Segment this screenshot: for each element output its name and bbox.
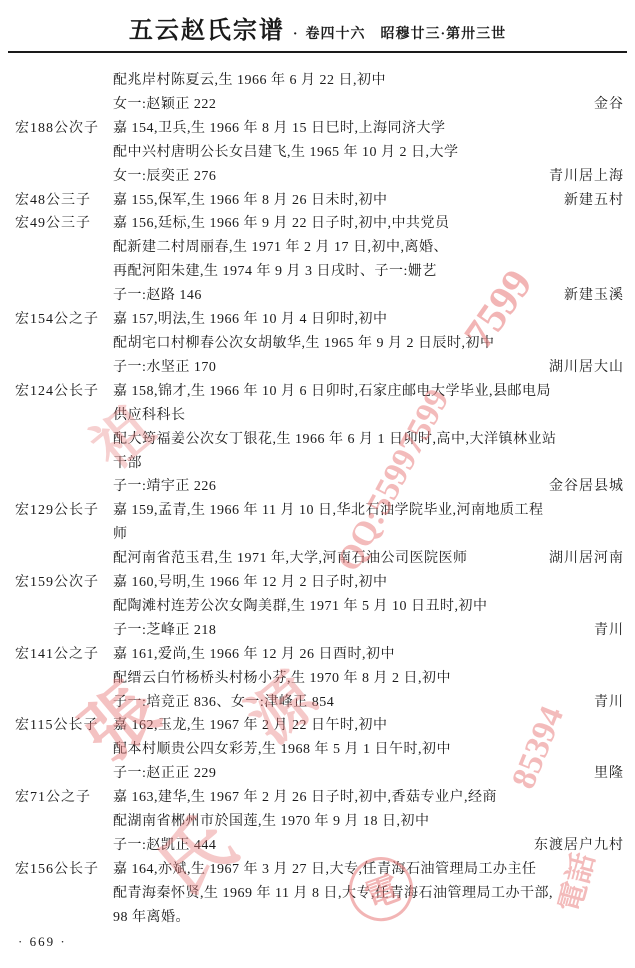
entry-line: 配胡宅口村柳春公次女胡敏华,生 1965 年 9 月 2 日辰时,初中 [113, 332, 624, 356]
entry-line: 嘉 162,玉龙,生 1967 年 2 月 22 日午时,初中 [113, 714, 624, 738]
entry-line: 再配河阳朱建,生 1974 年 9 月 3 日戌时、子一:姗艺 [113, 260, 624, 284]
genealogy-entry: 宏188公次子嘉 154,卫兵,生 1966 年 8 月 15 日巳时,上海同济… [0, 117, 635, 189]
generation-label: 宏188公次子 [0, 117, 113, 141]
genealogy-entry: 配兆岸村陈夏云,生 1966 年 6 月 22 日,初中女一:赵颖正 222金谷 [0, 69, 635, 117]
entry-text: 配兆岸村陈夏云,生 1966 年 6 月 22 日,初中 [113, 69, 386, 93]
entry-line: 子一:水坚正 170湖川居大山 [113, 356, 624, 380]
genealogy-entry: 宏154公之子嘉 157,明法,生 1966 年 10 月 4 日卯时,初中配胡… [0, 308, 635, 380]
genealogy-page: 五云赵氏宗谱 · 卷四十六 昭穆廿三·第卅三世 配兆岸村陈夏云,生 1966 年… [0, 0, 635, 968]
entry-line: 配青海秦怀贤,生 1969 年 11 月 8 日,大专,任青海石油管理局工办干部… [113, 882, 624, 906]
entry-text: 嘉 156,廷标,生 1966 年 9 月 22 日子时,初中,中共党员 [113, 212, 450, 236]
entry-line: 嘉 155,保军,生 1966 年 8 月 26 日未时,初中新建五村 [113, 189, 624, 213]
entry-line: 嘉 159,孟青,生 1966 年 11 月 10 日,华北石油学院毕业,河南地… [113, 499, 624, 523]
entry-text: 嘉 161,爱尚,生 1966 年 12 月 26 日酉时,初中 [113, 643, 395, 667]
entry-text: 供应科科长 [113, 404, 186, 428]
title-separator: · [293, 27, 298, 42]
entry-line: 配缙云白竹杨桥头村杨小芬,生 1970 年 8 月 2 日,初中 [113, 667, 624, 691]
entry-line: 子一:赵路 146新建玉溪 [113, 284, 624, 308]
genealogy-entry: 宏159公次子嘉 160,号明,生 1966 年 12 月 2 日子时,初中配陶… [0, 571, 635, 643]
generation-label: 宏71公之子 [0, 786, 113, 810]
residence-note: 青川 [594, 619, 624, 643]
entry-text: 师 [113, 523, 128, 547]
entries-list: 配兆岸村陈夏云,生 1966 年 6 月 22 日,初中女一:赵颖正 222金谷… [0, 53, 635, 930]
entry-line: 嘉 160,号明,生 1966 年 12 月 2 日子时,初中 [113, 571, 624, 595]
entry-text: 子一:赵路 146 [113, 284, 202, 308]
genealogy-entry: 宏71公之子嘉 163,建华,生 1967 年 2 月 26 日子时,初中,香菇… [0, 786, 635, 858]
entry-text: 配胡宅口村柳春公次女胡敏华,生 1965 年 9 月 2 日辰时,初中 [113, 332, 495, 356]
generation-label: 宏115公长子 [0, 714, 113, 738]
volume-subtitle: 卷四十六 昭穆廿三·第卅三世 [306, 27, 507, 42]
entry-text: 配新建二村周丽春,生 1971 年 2 月 17 日,初中,离婚、 [113, 236, 448, 260]
entry-text: 嘉 155,保军,生 1966 年 8 月 26 日未时,初中 [113, 189, 388, 213]
entry-line: 女一:辰奕正 276青川居上海 [113, 165, 624, 189]
entry-content: 嘉 157,明法,生 1966 年 10 月 4 日卯时,初中配胡宅口村柳春公次… [113, 308, 635, 380]
entry-line: 嘉 161,爱尚,生 1966 年 12 月 26 日酉时,初中 [113, 643, 624, 667]
residence-note: 青川 [594, 691, 624, 715]
entry-line: 配湖南省郴州市於国莲,生 1970 年 9 月 18 日,初中 [113, 810, 624, 834]
entry-line: 嘉 163,建华,生 1967 年 2 月 26 日子时,初中,香菇专业户,经商 [113, 786, 624, 810]
entry-content: 嘉 162,玉龙,生 1967 年 2 月 22 日午时,初中配本村顺贵公四女彩… [113, 714, 635, 786]
generation-label: 宏129公长子 [0, 499, 113, 523]
genealogy-entry: 宏48公三子嘉 155,保军,生 1966 年 8 月 26 日未时,初中新建五… [0, 189, 635, 213]
entry-text: 子一:芝峰正 218 [113, 619, 216, 643]
entry-text: 子一:培竞正 836、女一:津峰正 854 [113, 691, 334, 715]
entry-line: 嘉 157,明法,生 1966 年 10 月 4 日卯时,初中 [113, 308, 624, 332]
entry-text: 配青海秦怀贤,生 1969 年 11 月 8 日,大专,任青海石油管理局工办干部… [113, 882, 553, 906]
entry-text: 嘉 164,亦斌,生 1967 年 3 月 27 日,大专,任青海石油管理局工办… [113, 858, 537, 882]
generation-label: 宏49公三子 [0, 212, 113, 236]
entry-line: 配大筠福姜公次女丁银花,生 1966 年 6 月 1 日卯时,高中,大洋镇林业站 [113, 428, 624, 452]
entry-text: 配河南省范玉君,生 1971 年,大学,河南石油公司医院医师 [113, 547, 468, 571]
residence-note: 湖川居大山 [549, 356, 624, 380]
entry-text: 配大筠福姜公次女丁银花,生 1966 年 6 月 1 日卯时,高中,大洋镇林业站 [113, 428, 557, 452]
entry-text: 配陶滩村连芳公次女陶美群,生 1971 年 5 月 10 日丑时,初中 [113, 595, 488, 619]
residence-note: 新建五村 [564, 189, 624, 213]
residence-note: 湖川居河南 [549, 547, 624, 571]
residence-note: 里隆 [594, 762, 624, 786]
entry-line: 子一:赵凯正 444东渡居户九村 [113, 834, 624, 858]
entry-line: 配河南省范玉君,生 1971 年,大学,河南石油公司医院医师湖川居河南 [113, 547, 624, 571]
entry-content: 嘉 158,锦才,生 1966 年 10 月 6 日卯时,石家庄邮电大学毕业,县… [113, 380, 635, 500]
generation-label: 宏141公之子 [0, 643, 113, 667]
page-number: · 669 · [18, 934, 67, 949]
entry-line: 98 年离婚。 [113, 906, 624, 930]
entry-text: 嘉 160,号明,生 1966 年 12 月 2 日子时,初中 [113, 571, 388, 595]
entry-content: 嘉 156,廷标,生 1966 年 9 月 22 日子时,初中,中共党员配新建二… [113, 212, 635, 308]
genealogy-entry: 宏115公长子嘉 162,玉龙,生 1967 年 2 月 22 日午时,初中配本… [0, 714, 635, 786]
entry-text: 干部 [113, 452, 142, 476]
entry-text: 嘉 154,卫兵,生 1966 年 8 月 15 日巳时,上海同济大学 [113, 117, 446, 141]
entry-text: 子一:水坚正 170 [113, 356, 216, 380]
entry-content: 配兆岸村陈夏云,生 1966 年 6 月 22 日,初中女一:赵颖正 222金谷 [113, 69, 635, 117]
entry-content: 嘉 159,孟青,生 1966 年 11 月 10 日,华北石油学院毕业,河南地… [113, 499, 635, 571]
entry-line: 子一:靖宇正 226金谷居县城 [113, 475, 624, 499]
entry-line: 配兆岸村陈夏云,生 1966 年 6 月 22 日,初中 [113, 69, 624, 93]
entry-line: 配中兴村唐明公长女吕建飞,生 1965 年 10 月 2 日,大学 [113, 141, 624, 165]
entry-text: 配本村顺贵公四女彩芳,生 1968 年 5 月 1 日午时,初中 [113, 738, 451, 762]
entry-line: 子一:培竞正 836、女一:津峰正 854青川 [113, 691, 624, 715]
entry-line: 配陶滩村连芳公次女陶美群,生 1971 年 5 月 10 日丑时,初中 [113, 595, 624, 619]
residence-note: 东渡居户九村 [534, 834, 624, 858]
page-header: 五云赵氏宗谱 · 卷四十六 昭穆廿三·第卅三世 [0, 0, 635, 45]
page-footer: · 669 · [18, 934, 67, 950]
entry-text: 子一:赵凯正 444 [113, 834, 216, 858]
entry-text: 嘉 163,建华,生 1967 年 2 月 26 日子时,初中,香菇专业户,经商 [113, 786, 497, 810]
entry-line: 配新建二村周丽春,生 1971 年 2 月 17 日,初中,离婚、 [113, 236, 624, 260]
generation-label: 宏156公长子 [0, 858, 113, 882]
residence-note: 金谷 [594, 93, 624, 117]
entry-line: 子一:赵正正 229里隆 [113, 762, 624, 786]
entry-text: 配缙云白竹杨桥头村杨小芬,生 1970 年 8 月 2 日,初中 [113, 667, 451, 691]
entry-line: 子一:芝峰正 218青川 [113, 619, 624, 643]
entry-text: 嘉 162,玉龙,生 1967 年 2 月 22 日午时,初中 [113, 714, 388, 738]
generation-label: 宏48公三子 [0, 189, 113, 213]
entry-line: 嘉 158,锦才,生 1966 年 10 月 6 日卯时,石家庄邮电大学毕业,县… [113, 380, 624, 404]
entry-line: 嘉 156,廷标,生 1966 年 9 月 22 日子时,初中,中共党员 [113, 212, 624, 236]
entry-text: 配中兴村唐明公长女吕建飞,生 1965 年 10 月 2 日,大学 [113, 141, 459, 165]
entry-line: 干部 [113, 452, 624, 476]
entry-text: 嘉 158,锦才,生 1966 年 10 月 6 日卯时,石家庄邮电大学毕业,县… [113, 380, 551, 404]
book-title: 五云赵氏宗谱 [129, 18, 285, 44]
generation-label: 宏154公之子 [0, 308, 113, 332]
entry-line: 嘉 154,卫兵,生 1966 年 8 月 15 日巳时,上海同济大学 [113, 117, 624, 141]
entry-content: 嘉 154,卫兵,生 1966 年 8 月 15 日巳时,上海同济大学配中兴村唐… [113, 117, 635, 189]
entry-text: 嘉 159,孟青,生 1966 年 11 月 10 日,华北石油学院毕业,河南地… [113, 499, 543, 523]
genealogy-entry: 宏49公三子嘉 156,廷标,生 1966 年 9 月 22 日子时,初中,中共… [0, 212, 635, 308]
entry-content: 嘉 164,亦斌,生 1967 年 3 月 27 日,大专,任青海石油管理局工办… [113, 858, 635, 930]
entry-text: 女一:赵颖正 222 [113, 93, 216, 117]
entry-content: 嘉 163,建华,生 1967 年 2 月 26 日子时,初中,香菇专业户,经商… [113, 786, 635, 858]
genealogy-entry: 宏141公之子嘉 161,爱尚,生 1966 年 12 月 26 日酉时,初中配… [0, 643, 635, 715]
entry-line: 供应科科长 [113, 404, 624, 428]
residence-note: 新建玉溪 [564, 284, 624, 308]
entry-text: 子一:赵正正 229 [113, 762, 216, 786]
entry-content: 嘉 155,保军,生 1966 年 8 月 26 日未时,初中新建五村 [113, 189, 635, 213]
generation-label: 宏124公长子 [0, 380, 113, 404]
entry-content: 嘉 160,号明,生 1966 年 12 月 2 日子时,初中配陶滩村连芳公次女… [113, 571, 635, 643]
entry-content: 嘉 161,爱尚,生 1966 年 12 月 26 日酉时,初中配缙云白竹杨桥头… [113, 643, 635, 715]
generation-label: 宏159公次子 [0, 571, 113, 595]
entry-text: 嘉 157,明法,生 1966 年 10 月 4 日卯时,初中 [113, 308, 388, 332]
entry-line: 女一:赵颖正 222金谷 [113, 93, 624, 117]
entry-text: 再配河阳朱建,生 1974 年 9 月 3 日戌时、子一:姗艺 [113, 260, 437, 284]
entry-text: 子一:靖宇正 226 [113, 475, 216, 499]
residence-note: 金谷居县城 [549, 475, 624, 499]
entry-line: 嘉 164,亦斌,生 1967 年 3 月 27 日,大专,任青海石油管理局工办… [113, 858, 624, 882]
residence-note: 青川居上海 [549, 165, 624, 189]
entry-line: 师 [113, 523, 624, 547]
entry-text: 女一:辰奕正 276 [113, 165, 216, 189]
genealogy-entry: 宏156公长子嘉 164,亦斌,生 1967 年 3 月 27 日,大专,任青海… [0, 858, 635, 930]
genealogy-entry: 宏129公长子嘉 159,孟青,生 1966 年 11 月 10 日,华北石油学… [0, 499, 635, 571]
entry-text: 配湖南省郴州市於国莲,生 1970 年 9 月 18 日,初中 [113, 810, 430, 834]
entry-text: 98 年离婚。 [113, 906, 190, 930]
genealogy-entry: 宏124公长子嘉 158,锦才,生 1966 年 10 月 6 日卯时,石家庄邮… [0, 380, 635, 500]
entry-line: 配本村顺贵公四女彩芳,生 1968 年 5 月 1 日午时,初中 [113, 738, 624, 762]
